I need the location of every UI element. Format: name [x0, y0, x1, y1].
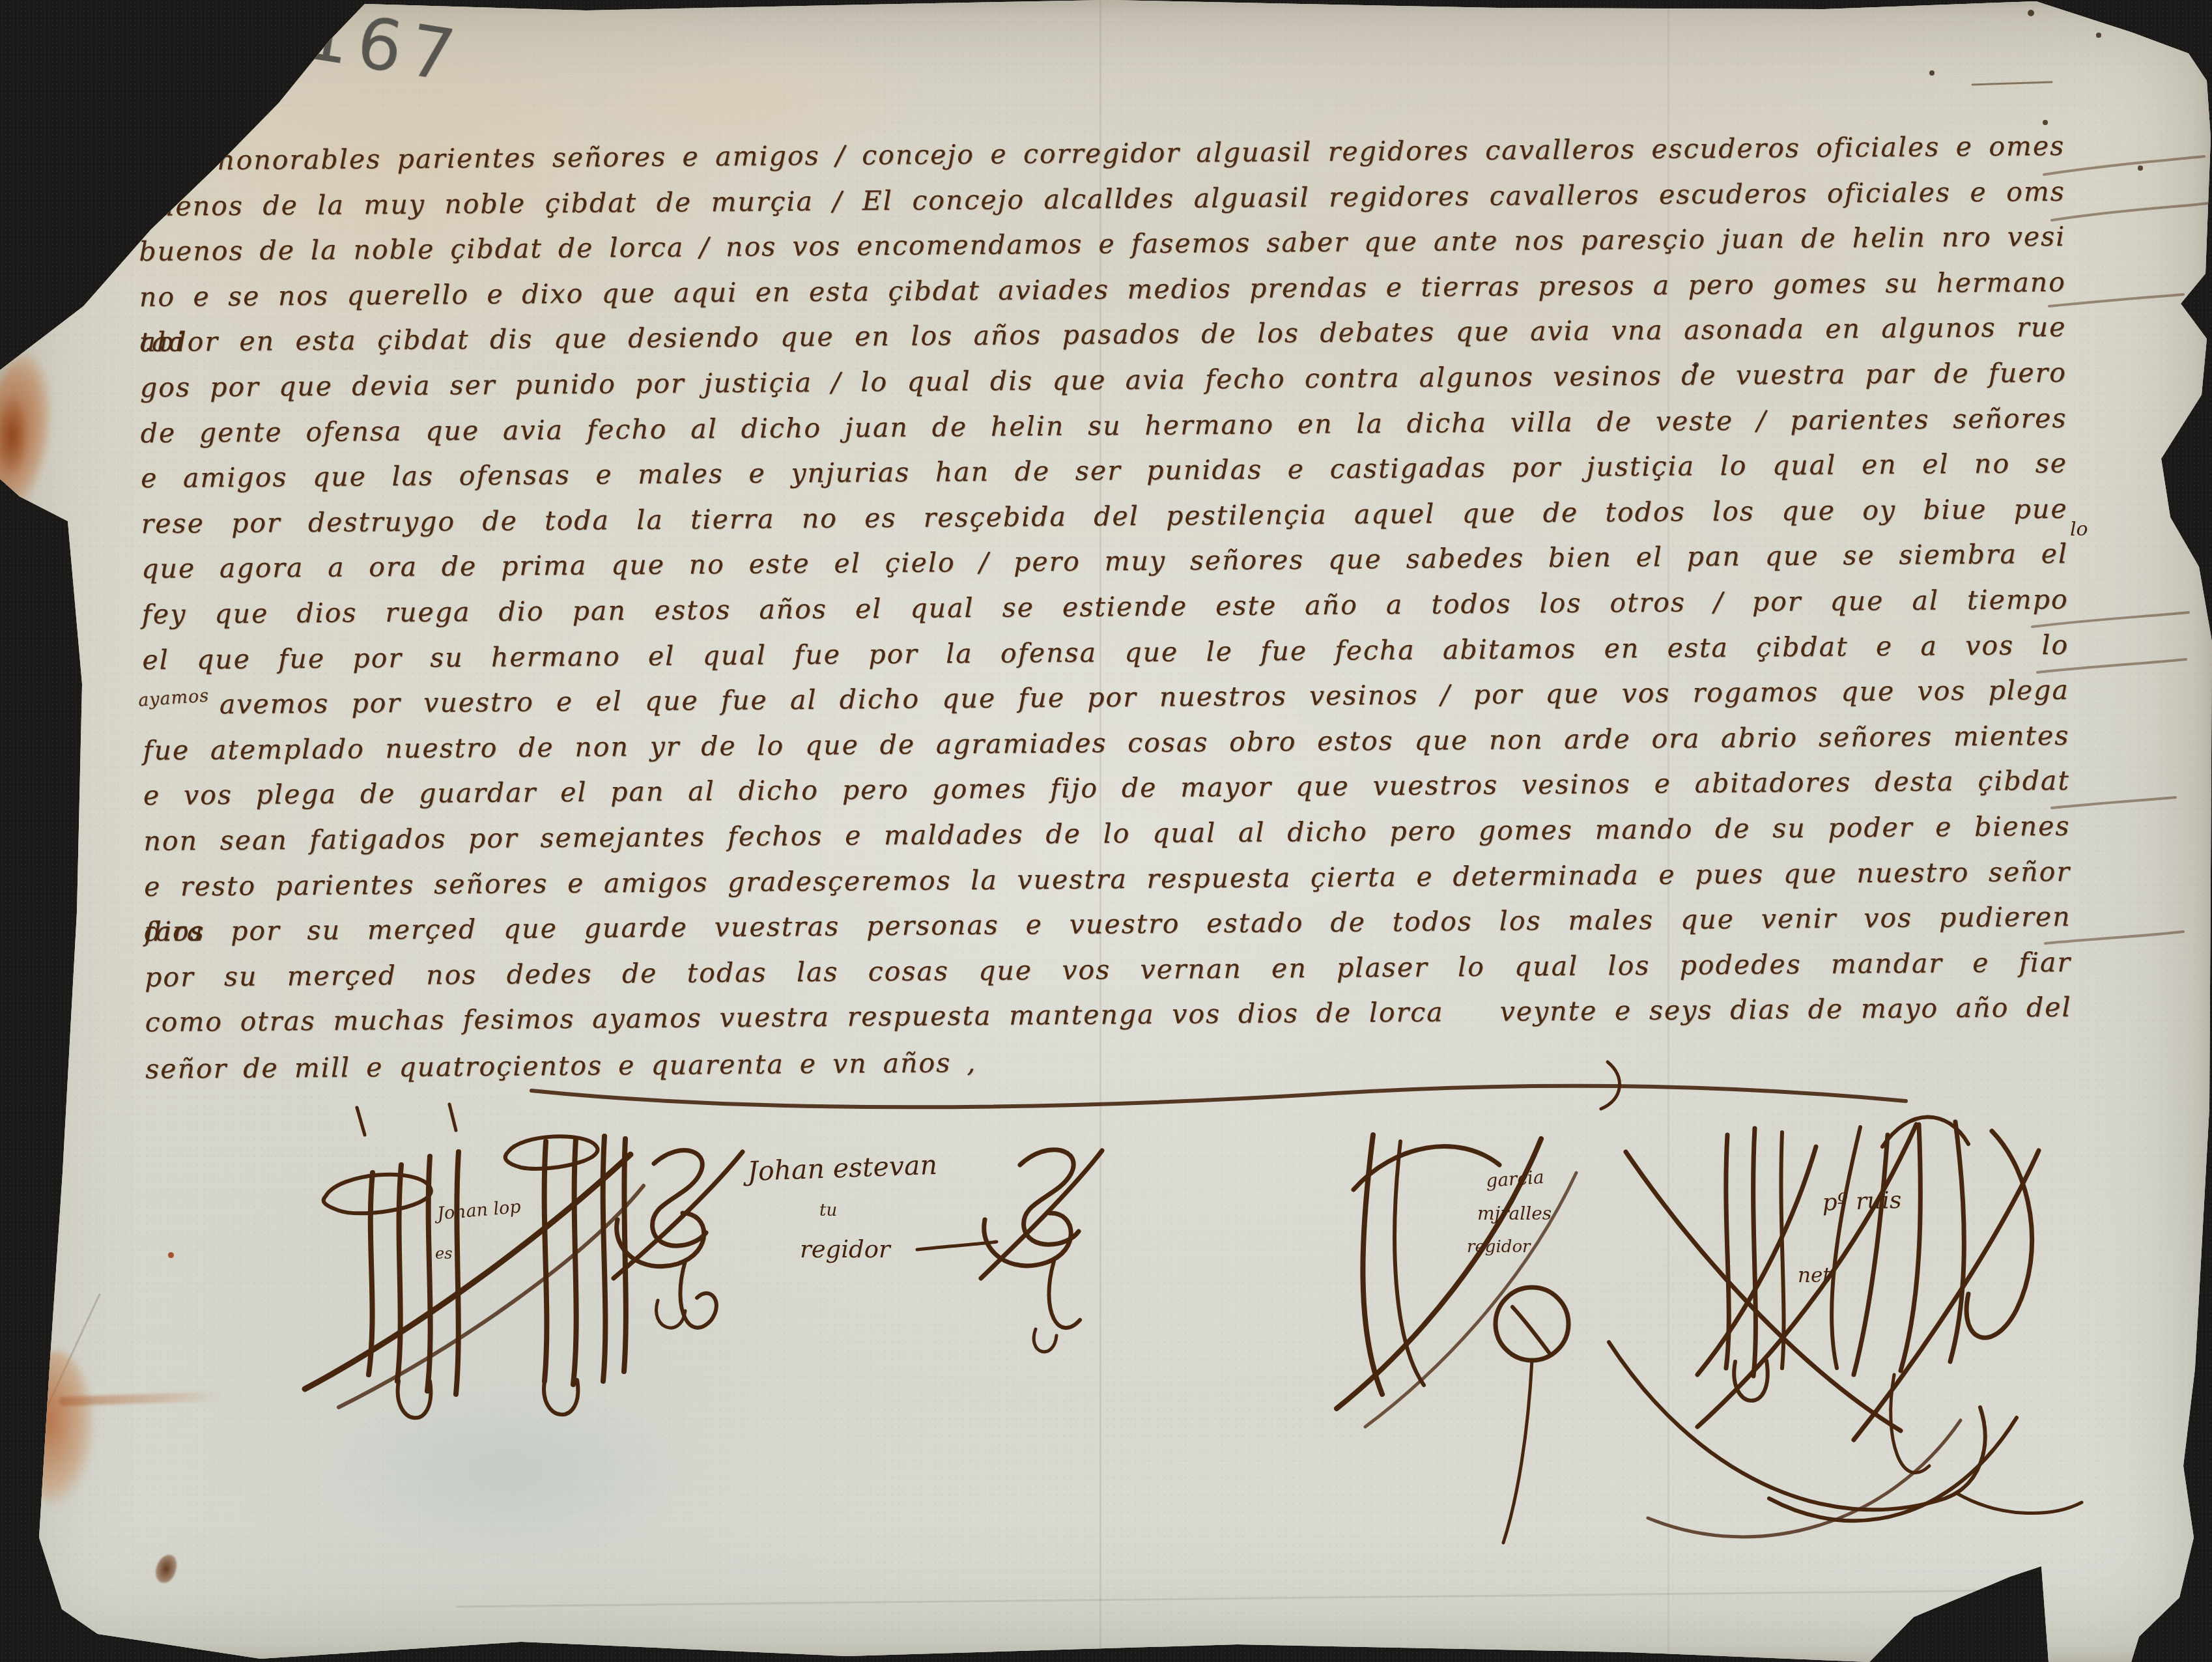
ink-dots: [1694, 10, 2143, 367]
crossed-out-foliation-number: 187: [172, 12, 283, 91]
red-speck: [171, 137, 177, 143]
line-end-flourishes: [2032, 156, 2208, 943]
signature-3-name-2: mjralles: [1477, 1203, 1552, 1224]
signature-3-title: regidor: [1467, 1237, 1531, 1257]
signature-2-title: regidor: [800, 1235, 892, 1263]
signature-4-title: net: [1798, 1264, 1831, 1287]
signature-rubric-2: Johan estevan tu regidor: [614, 1149, 1102, 1352]
signature-1-name-2: es: [435, 1244, 453, 1263]
manuscript-photo: { "page": { "mount_color": "#1b1918", "p…: [0, 0, 2212, 1662]
pencil-strike-mark: [160, 27, 2052, 87]
ink-overlay: lo: [0, 0, 2212, 1662]
date-flourish-line: [532, 1062, 1906, 1109]
signature-3-name: garcia: [1485, 1166, 1544, 1192]
manuscript-paper: 187 167 Muy honorables parientes señores…: [0, 0, 2212, 1662]
signature-4-name: pº ruis: [1822, 1187, 1902, 1216]
signature-2-flourish-word: tu: [819, 1201, 837, 1220]
signature-1-name: Johan lop: [433, 1197, 522, 1225]
signature-rubric-1: Johan lop es: [305, 1104, 644, 1418]
signature-2-name: Johan estevan: [743, 1149, 938, 1187]
overflow-word: lo: [2070, 518, 2088, 541]
